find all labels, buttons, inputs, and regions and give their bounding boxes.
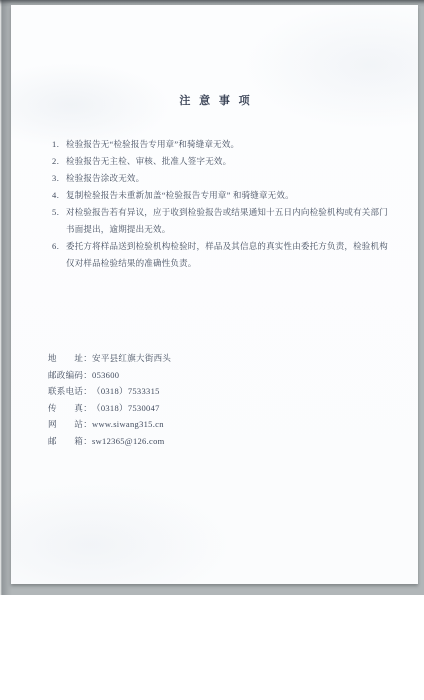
- notice-number: 4.: [52, 187, 66, 204]
- notice-number: 2.: [52, 153, 66, 170]
- notice-text: 检验报告无“检验报告专用章”和骑缝章无效。: [66, 136, 389, 153]
- notice-number: 3.: [52, 170, 66, 187]
- contact-row-address: 地 址： 安平县红旗大街西头: [48, 350, 418, 367]
- notice-text: 检验报告涂改无效。: [66, 170, 389, 187]
- paper-sheet: 注 意 事 项 1. 检验报告无“检验报告专用章”和骑缝章无效。 2. 检验报告…: [11, 5, 418, 584]
- contact-value: （0318）7533315: [92, 383, 160, 400]
- notice-text: 对检验报告若有异议，应于收到检验报告或结果通知十五日内向检验机构或有关部门书面提…: [66, 204, 389, 238]
- notice-text: 检验报告无主检、审核、批准人签字无效。: [66, 153, 389, 170]
- notice-item: 1. 检验报告无“检验报告专用章”和骑缝章无效。: [52, 136, 389, 153]
- page-title: 注 意 事 项: [11, 92, 418, 108]
- notice-item: 6. 委托方将样品送到检验机构检验时，样品及其信息的真实性由委托方负责，检验机构…: [52, 238, 389, 272]
- notice-text: 复制检验报告未重新加盖“检验报告专用章” 和骑缝章无效。: [66, 187, 389, 204]
- contact-value: 安平县红旗大街西头: [92, 350, 171, 367]
- contact-label: 邮政编码：: [48, 367, 92, 384]
- scanned-document-view: 注 意 事 项 1. 检验报告无“检验报告专用章”和骑缝章无效。 2. 检验报告…: [0, 0, 424, 700]
- notice-item: 3. 检验报告涂改无效。: [52, 170, 389, 187]
- contact-label: 地 址：: [48, 350, 92, 367]
- notice-number: 6.: [52, 238, 66, 255]
- contact-label: 联系电话：: [48, 383, 92, 400]
- contact-label: 传 真：: [48, 400, 92, 417]
- notice-number: 5.: [52, 204, 66, 221]
- contact-label: 网 站：: [48, 416, 92, 433]
- notice-number: 1.: [52, 136, 66, 153]
- contact-label: 邮 箱：: [48, 433, 92, 450]
- contact-row-postcode: 邮政编码： 053600: [48, 367, 418, 384]
- notice-item: 5. 对检验报告若有异议，应于收到检验报告或结果通知十五日内向检验机构或有关部门…: [52, 204, 389, 238]
- notice-item: 4. 复制检验报告未重新加盖“检验报告专用章” 和骑缝章无效。: [52, 187, 389, 204]
- contact-row-phone: 联系电话： （0318）7533315: [48, 383, 418, 400]
- notice-item: 2. 检验报告无主检、审核、批准人签字无效。: [52, 153, 389, 170]
- contact-row-fax: 传 真： （0318）7530047: [48, 400, 418, 417]
- notice-text: 委托方将样品送到检验机构检验时，样品及其信息的真实性由委托方负责，检验机构仅对样…: [66, 238, 389, 272]
- contact-value: （0318）7530047: [92, 400, 160, 417]
- contact-value: sw12365@126.com: [92, 433, 165, 450]
- contact-value: 053600: [92, 367, 119, 384]
- contact-value: www.siwang315.cn: [92, 416, 164, 433]
- contact-row-website: 网 站： www.siwang315.cn: [48, 416, 418, 433]
- contact-row-email: 邮 箱： sw12365@126.com: [48, 433, 418, 450]
- notice-list: 1. 检验报告无“检验报告专用章”和骑缝章无效。 2. 检验报告无主检、审核、批…: [11, 136, 389, 272]
- contact-block: 地 址： 安平县红旗大街西头 邮政编码： 053600 联系电话： （0318）…: [11, 350, 418, 449]
